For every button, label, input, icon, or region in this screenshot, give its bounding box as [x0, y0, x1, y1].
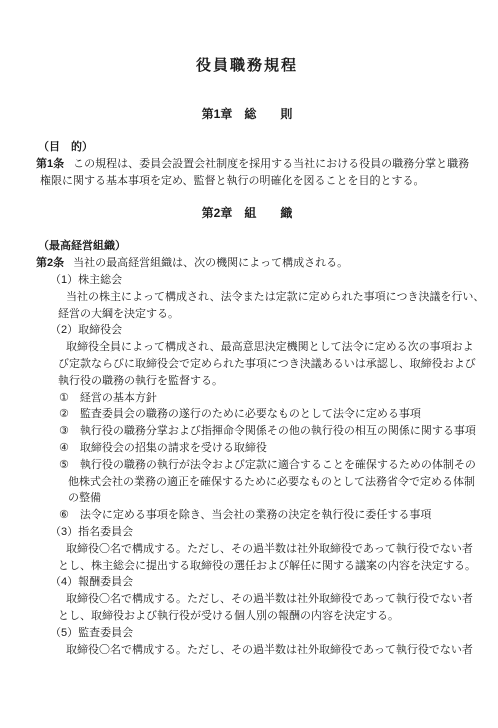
article-number: 第1条	[36, 158, 64, 170]
item-1-body-line: 経営の大綱を決定する。	[58, 306, 458, 323]
circled-item-5: ⑤ 執行役の職務の執行が法令および定款に適合することを確保するための体制その	[59, 457, 458, 474]
list-item-4: （4）報酬委員会	[50, 574, 458, 591]
item-5-body-line: 取締役〇名で構成する。ただし、その過半数は社外取締役であって執行役でない者	[66, 642, 458, 659]
item-3-body-line: 取締役〇名で構成する。ただし、その過半数は社外取締役であって執行役でない者	[66, 541, 458, 558]
item-1-body-line: 当社の株主によって構成され、法令または定款に定められた事項につき決議を行い、	[66, 289, 458, 306]
list-item-1: （1）株主総会	[50, 272, 458, 289]
section-label: （最高経営組織）	[38, 238, 458, 255]
list-item-3: （3）指名委員会	[50, 524, 458, 541]
article-1-line: 第1条この規程は、委員会設置会社制度を採用する当社における役員の職務分掌と職務	[36, 156, 458, 173]
section-label: （目 的）	[38, 139, 458, 156]
article-text: 当社の最高経営組織は、次の機関によって構成される。	[73, 257, 348, 269]
item-3-body-line: とし、株主総会に提出する取締役の選任および解任に関する議案の内容を決定する。	[58, 558, 458, 575]
circled-item-5-continuation: 他株式会社の業務の適正を確保するために必要なものとして法務省令で定める体制	[68, 474, 458, 491]
item-2-body-line: び定款ならびに取締役会で定められた事項につき決議あるいは承認し、取締役および	[58, 356, 458, 373]
circled-item-5-continuation: の整備	[68, 490, 458, 507]
item-4-body-line: とし、取締役および執行役が受ける個人別の報酬の内容を決定する。	[58, 608, 458, 625]
list-item-5: （5）監査委員会	[50, 625, 458, 642]
circled-item-6: ⑥ 法令に定める事項を除き、当会社の業務の決定を執行役に委任する事項	[59, 507, 458, 524]
chapter-heading: 第2章 組 織	[36, 205, 458, 222]
item-4-body-line: 取締役〇名で構成する。ただし、その過半数は社外取締役であって執行役でない者	[66, 591, 458, 608]
article-2-line: 第2条当社の最高経営組織は、次の機関によって構成される。	[36, 255, 458, 272]
item-2-body-line: 執行役の職務の執行を監督する。	[58, 373, 458, 390]
document-title: 役員職務規程	[36, 56, 458, 76]
circled-item-3: ③ 執行役の職務分掌および指揮命令関係その他の執行役の相互の関係に関する事項	[59, 423, 458, 440]
circled-item-4: ④ 取締役会の招集の請求を受ける取締役	[59, 440, 458, 457]
article-text: この規程は、委員会設置会社制度を採用する当社における役員の職務分掌と職務	[73, 158, 469, 170]
list-item-2: （2）取締役会	[50, 322, 458, 339]
item-2-body-line: 取締役全員によって構成され、最高意思決定機関として法令に定める次の事項およ	[66, 339, 458, 356]
article-1-continuation: 権限に関する基本事項を定め、監督と執行の明確化を図ることを目的とする。	[40, 173, 458, 190]
chapter-heading: 第1章 総 則	[36, 106, 458, 123]
circled-item-2: ② 監査委員会の職務の遂行のために必要なものとして法令に定める事項	[59, 406, 458, 423]
article-number: 第2条	[36, 257, 64, 269]
document-body: 第1章 総 則（目 的）第1条この規程は、委員会設置会社制度を採用する当社におけ…	[36, 106, 458, 658]
circled-item-1: ① 経営の基本方針	[59, 390, 458, 407]
document-page: 役員職務規程 第1章 総 則（目 的）第1条この規程は、委員会設置会社制度を採用…	[0, 0, 498, 728]
document-content: 役員職務規程 第1章 総 則（目 的）第1条この規程は、委員会設置会社制度を採用…	[0, 0, 498, 658]
